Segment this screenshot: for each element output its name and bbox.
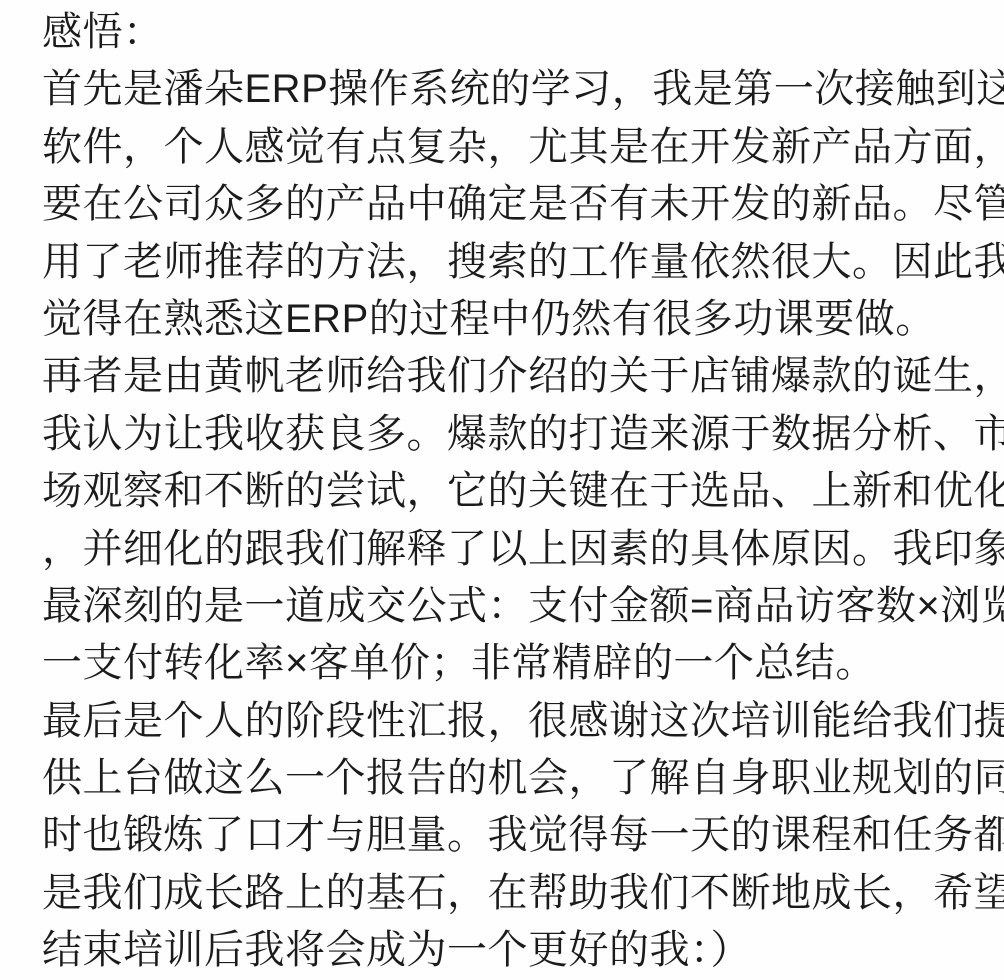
text-line: 一支付转化率×客单价；非常精辟的一个总结。 bbox=[42, 635, 966, 692]
document-title: 感悟： bbox=[42, 4, 966, 61]
text-line: 供上台做这么一个报告的机会，了解自身职业规划的同 bbox=[42, 750, 966, 807]
text-line: 用了老师推荐的方法，搜索的工作量依然很大。因此我 bbox=[42, 234, 966, 291]
text-line: 软件，个人感觉有点复杂，尤其是在开发新产品方面， bbox=[42, 119, 966, 176]
text-line: 再者是由黄帆老师给我们介绍的关于店铺爆款的诞生， bbox=[42, 348, 966, 405]
text-line: 场观察和不断的尝试，它的关键在于选品、上新和优化 bbox=[42, 463, 966, 520]
text-line: 觉得在熟悉这ERP的过程中仍然有很多功课要做。 bbox=[42, 291, 966, 348]
text-line: 我认为让我收获良多。爆款的打造来源于数据分析、市 bbox=[42, 406, 966, 463]
reflection-document: 感悟： 首先是潘朵ERP操作系统的学习，我是第一次接触到这类 软件，个人感觉有点… bbox=[0, 0, 1004, 980]
text-line: 结束培训后我将会成为一个更好的我：） bbox=[42, 922, 966, 979]
text-line: 最后是个人的阶段性汇报，很感谢这次培训能给我们提 bbox=[42, 693, 966, 750]
text-line: 首先是潘朵ERP操作系统的学习，我是第一次接触到这类 bbox=[42, 61, 966, 118]
text-line: 要在公司众多的产品中确定是否有未开发的新品。尽管 bbox=[42, 176, 966, 233]
text-line: 最深刻的是一道成交公式：支付金额=商品访客数×浏览 bbox=[42, 578, 966, 635]
text-line: 是我们成长路上的基石，在帮助我们不断地成长，希望 bbox=[42, 865, 966, 922]
text-line: 时也锻炼了口才与胆量。我觉得每一天的课程和任务都 bbox=[42, 807, 966, 864]
text-line: ，并细化的跟我们解释了以上因素的具体原因。我印象 bbox=[42, 521, 966, 578]
